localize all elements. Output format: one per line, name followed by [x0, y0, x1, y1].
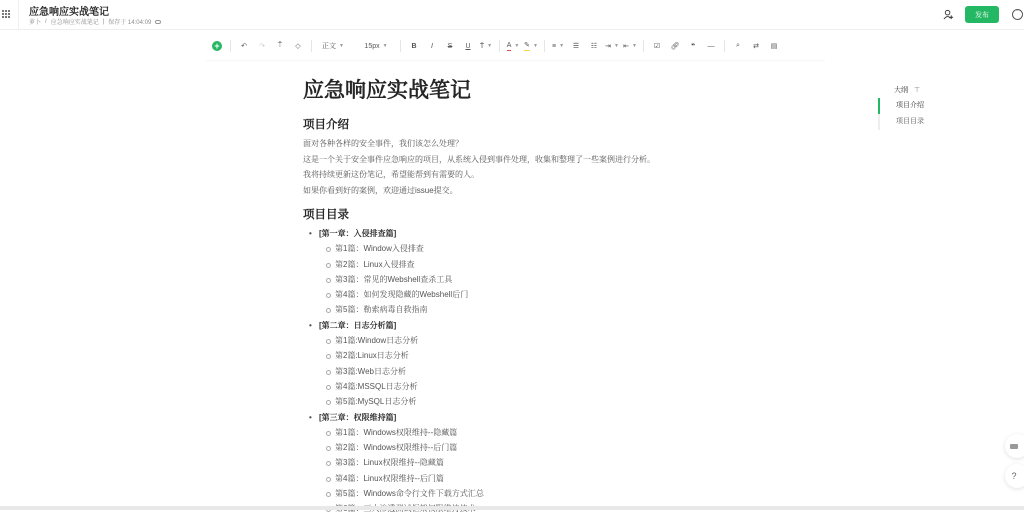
breadcrumb-doc[interactable]: 应急响应实战笔记 [51, 17, 99, 26]
article-item: 第3篇:Web日志分析 [303, 364, 723, 379]
chevron-down-icon: ▼ [559, 43, 564, 49]
breadcrumb: 萝卜 / 应急响应实战笔记 | 保存于 14:04:09 [29, 17, 161, 26]
help-icon: ? [1011, 471, 1016, 481]
document-body[interactable]: 应急响应实战笔记 项目介绍 面对各种各样的安全事件，我们该怎么处理？ 这是一个关… [303, 76, 723, 510]
indent-icon: ⇥ [605, 42, 611, 50]
paragraph-style-value: 正文 [322, 41, 336, 51]
bold-button[interactable]: B [407, 38, 421, 54]
section-heading: 项目目录 [303, 206, 723, 226]
line-height-icon: ⇤ [623, 42, 629, 50]
eraser-icon: ◇ [295, 42, 300, 50]
more-text-format-button[interactable]: T̈▼ [479, 38, 493, 54]
divider [724, 40, 725, 52]
plus-icon: + [212, 41, 222, 51]
highlighter-icon: ✎ [524, 42, 530, 51]
article-item: 第2篇：Windows权限维持--后门篇 [303, 440, 723, 455]
chevron-down-icon: ▼ [632, 43, 637, 49]
text-format-icon: T̈ [480, 43, 484, 50]
ordered-list-button[interactable]: ☷ [587, 38, 601, 54]
chevron-down-icon: ▼ [514, 43, 519, 49]
ordered-list-icon: ☷ [591, 42, 597, 50]
bullet-list-button[interactable]: ☰ [569, 38, 583, 54]
article-item: 第4篇：如何发现隐藏的Webshell后门 [303, 287, 723, 302]
toolbar-shadow [205, 60, 825, 62]
strikethrough-icon: S [448, 43, 453, 50]
quote-icon: ❝ [691, 42, 695, 50]
save-status: 保存于 14:04:09 [108, 17, 151, 26]
redo-icon: ↷ [259, 42, 265, 50]
chevron-down-icon: ▼ [533, 43, 538, 49]
horizontal-rule-icon: — [708, 43, 715, 50]
search-doc-icon: ⌕ [736, 42, 740, 50]
paint-brush-icon: ⍑ [278, 42, 282, 50]
font-size-value: 15px [364, 43, 379, 50]
article-item: 第5篇：勒索病毒自救指南 [303, 302, 723, 317]
checkbox-icon: ☑ [654, 42, 660, 50]
paragraph: 这是一个关于安全事件应急响应的项目，从系统入侵到事件处理，收集和整理了一些案例进… [303, 152, 723, 168]
save-button[interactable]: ▤ [767, 38, 781, 54]
paragraph: 面对各种各样的安全事件，我们该怎么处理？ [303, 136, 723, 152]
breadcrumb-sep: / [45, 19, 47, 25]
undo-button[interactable]: ↶ [237, 38, 251, 54]
apps-grid-icon[interactable] [2, 10, 10, 18]
font-size-select[interactable]: 15px▼ [358, 38, 394, 54]
divider [311, 40, 312, 52]
article-item: 第3篇：常见的Webshell查杀工具 [303, 272, 723, 287]
outline-item[interactable]: 项目介绍 [878, 98, 958, 114]
keyboard-icon [1010, 444, 1018, 449]
strikethrough-button[interactable]: S [443, 38, 457, 54]
paragraph: 如果你看到好的案例，欢迎通过issue提交。 [303, 183, 723, 199]
divider [643, 40, 644, 52]
document-title[interactable]: 应急响应实战笔记 [29, 3, 109, 18]
insert-button[interactable]: + [210, 38, 224, 54]
search-button[interactable]: ⌕ [731, 38, 745, 54]
help-button[interactable]: ? [1005, 464, 1024, 488]
header-bar: 应急响应实战笔记 萝卜 / 应急响应实战笔记 | 保存于 14:04:09 发布 [0, 0, 1024, 30]
format-painter-button[interactable]: ⍑ [273, 38, 287, 54]
highlight-button[interactable]: ✎▼ [524, 38, 538, 54]
cloud-icon [155, 20, 161, 24]
article-item: 第3篇：Linux权限维持--隐藏篇 [303, 455, 723, 470]
divider [499, 40, 500, 52]
outline-title: 大纲 [894, 85, 908, 95]
pin-icon[interactable]: ⊤ [914, 86, 920, 94]
align-button[interactable]: ≡▼ [551, 38, 565, 54]
redo-button[interactable]: ↷ [255, 38, 269, 54]
divider [544, 40, 545, 52]
keyboard-shortcuts-button[interactable] [1005, 434, 1024, 458]
save-icon: ▤ [771, 42, 778, 50]
line-height-button[interactable]: ⇤▼ [623, 38, 637, 54]
paragraph-style-select[interactable]: 正文▼ [318, 38, 348, 54]
font-color-button[interactable]: A▼ [506, 38, 520, 54]
chevron-down-icon: ▼ [487, 43, 492, 49]
outline-header: 大纲 ⊤ [878, 82, 958, 98]
more-options-icon[interactable] [1012, 9, 1023, 20]
article-item: 第4篇：Linux权限维持--后门篇 [303, 471, 723, 486]
chapter-item: [第一章：入侵排查篇] [303, 226, 723, 241]
chapter-item: [第二章：日志分析篇] [303, 318, 723, 333]
article-item: 第2篇:Linux日志分析 [303, 348, 723, 363]
horizontal-scrollbar[interactable] [0, 506, 1024, 510]
article-item: 第5篇:MySQL日志分析 [303, 394, 723, 409]
article-item: 第2篇：Linux入侵排查 [303, 257, 723, 272]
document-heading: 应急响应实战笔记 [303, 76, 723, 110]
link-button[interactable]: 🔗︎ [668, 38, 682, 54]
clear-format-button[interactable]: ◇ [291, 38, 305, 54]
breadcrumb-sep: | [103, 19, 105, 25]
italic-icon: I [431, 43, 433, 50]
publish-button[interactable]: 发布 [965, 6, 999, 23]
underline-icon: U [465, 43, 470, 50]
underline-button[interactable]: U [461, 38, 475, 54]
task-list-button[interactable]: ☑ [650, 38, 664, 54]
article-item: 第1篇：Windows权限维持--隐藏篇 [303, 425, 723, 440]
outline-panel: 大纲 ⊤ 项目介绍 项目目录 [878, 82, 958, 130]
article-item: 第5篇：Windows命令行文件下载方式汇总 [303, 486, 723, 501]
link-icon: 🔗︎ [671, 42, 680, 50]
quote-button[interactable]: ❝ [686, 38, 700, 54]
chevron-down-icon: ▼ [383, 43, 388, 49]
editor-toolbar: + ↶ ↷ ⍑ ◇ 正文▼ 15px▼ B I S U T̈▼ A▼ ✎▼ ≡▼… [208, 36, 823, 56]
article-item: 第4篇:MSSQL日志分析 [303, 379, 723, 394]
breadcrumb-space[interactable]: 萝卜 [29, 17, 41, 26]
paragraph: 我将持续更新这份笔记，希望能帮到有需要的人。 [303, 167, 723, 183]
add-collaborator-icon[interactable] [943, 9, 954, 20]
article-item: 第1篇：Window入侵排查 [303, 241, 723, 256]
font-color-icon: A [507, 42, 512, 51]
divider [18, 0, 19, 30]
undo-icon: ↶ [241, 42, 247, 50]
chevron-down-icon: ▼ [339, 43, 344, 49]
section-heading: 项目介绍 [303, 116, 723, 136]
article-item: 第1篇:Window日志分析 [303, 333, 723, 348]
align-left-icon: ≡ [552, 43, 556, 50]
find-replace-button[interactable]: ⇄ [749, 38, 763, 54]
chapter-item: [第三章：权限维持篇] [303, 410, 723, 425]
divider-button[interactable]: — [704, 38, 718, 54]
divider [400, 40, 401, 52]
find-replace-icon: ⇄ [753, 42, 759, 50]
chevron-down-icon: ▼ [614, 43, 619, 49]
indent-button[interactable]: ⇥▼ [605, 38, 619, 54]
italic-button[interactable]: I [425, 38, 439, 54]
bullet-list-icon: ☰ [573, 42, 579, 50]
divider [230, 40, 231, 52]
bold-icon: B [411, 43, 416, 50]
outline-item[interactable]: 项目目录 [878, 114, 958, 130]
